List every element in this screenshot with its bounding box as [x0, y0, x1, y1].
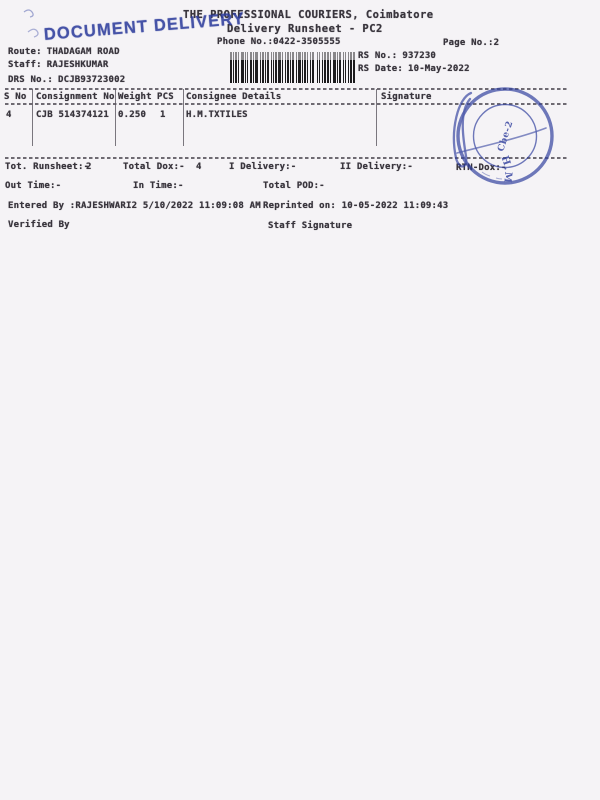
table-top-rule: [5, 88, 568, 90]
drs-value: DCJB93723002: [58, 75, 125, 85]
route-label: Route:: [8, 47, 42, 57]
reprinted-text: Reprinted on: 10-05-2022 11:09:43: [263, 201, 448, 211]
dox-total-label: Total Dox:-: [123, 162, 185, 172]
table-column-line: [32, 89, 33, 146]
ii-delivery-label: II Delivery:-: [340, 162, 413, 172]
staff-signature-label: Staff Signature: [268, 221, 352, 231]
dox-total-value: 4: [196, 162, 202, 172]
rs-no-value: 937230: [402, 51, 436, 61]
rtn-dox-label: RTN-Dox:-: [456, 163, 507, 173]
pen-signature-stroke: [457, 128, 546, 153]
doc-title: Delivery Runsheet - PC2: [227, 23, 383, 35]
drs-label: DRS No.:: [8, 75, 53, 85]
runsheet-total-value: 2: [86, 162, 92, 172]
col-header-signature: Signature: [381, 92, 432, 102]
document-delivery-stamp: DOCUMENT DELIVERY: [43, 9, 245, 45]
col-header-sno: S No: [4, 92, 26, 102]
staff-row: Staff:RAJESHKUMAR: [8, 60, 109, 70]
staff-value: RAJESHKUMAR: [47, 60, 109, 70]
seal-text-center: Cbe-2: [496, 120, 515, 153]
verified-by-label: Verified By: [8, 220, 70, 230]
route-value: THADAGAM ROAD: [47, 47, 120, 57]
col-header-consignment: Consignment No: [36, 92, 115, 102]
table-column-line: [115, 89, 116, 146]
barcode-fade: [230, 52, 357, 60]
page-number: Page No.:2: [443, 38, 499, 48]
col-header-consignee: Consignee Details: [186, 92, 282, 102]
cell-consignee: H.M.TXTILES: [186, 110, 248, 120]
i-delivery-label: I Delivery:-: [229, 162, 296, 172]
rs-date-row: RS Date:10-May-2022: [358, 64, 470, 74]
phone-number: Phone No.:0422-3505555: [217, 37, 341, 47]
cell-sno: 4: [6, 110, 12, 120]
table-column-line: [376, 89, 377, 146]
drs-row: DRS No.:DCJB93723002: [8, 75, 125, 85]
seal-bottom-marks: [482, 172, 502, 179]
barcode: [230, 52, 357, 83]
cell-consignment: CJB 514374121: [36, 110, 109, 120]
total-pod-label: Total POD:-: [263, 181, 325, 191]
out-time-label: Out Time:-: [5, 181, 61, 191]
table-header-rule: [5, 103, 568, 105]
delivery-runsheet-document: THE PROFESSIONAL COURIERS, Coimbatore De…: [0, 0, 600, 800]
rs-date-value: 10-May-2022: [408, 64, 470, 74]
rs-no-label: RS No.:: [358, 51, 397, 61]
entered-by-text: Entered By :RAJESHWARI2 5/10/2022 11:09:…: [8, 201, 261, 211]
staff-label: Staff:: [8, 60, 42, 70]
in-time-label: In Time:-: [133, 181, 184, 191]
rs-date-label: RS Date:: [358, 64, 403, 74]
col-header-weight: Weight: [118, 92, 152, 102]
table-column-line: [183, 89, 184, 146]
col-header-pcs: PCS: [157, 92, 174, 102]
rs-no-row: RS No.:937230: [358, 51, 436, 61]
company-seal-stamp: H.M Textiles Cbe-2: [452, 86, 562, 190]
table-bottom-rule: [5, 157, 568, 159]
runsheet-total-label: Tot. Runsheet:-: [5, 162, 89, 172]
route-row: Route:THADAGAM ROAD: [8, 47, 120, 57]
cell-pcs: 1: [160, 110, 166, 120]
cell-weight: 0.250: [118, 110, 146, 120]
